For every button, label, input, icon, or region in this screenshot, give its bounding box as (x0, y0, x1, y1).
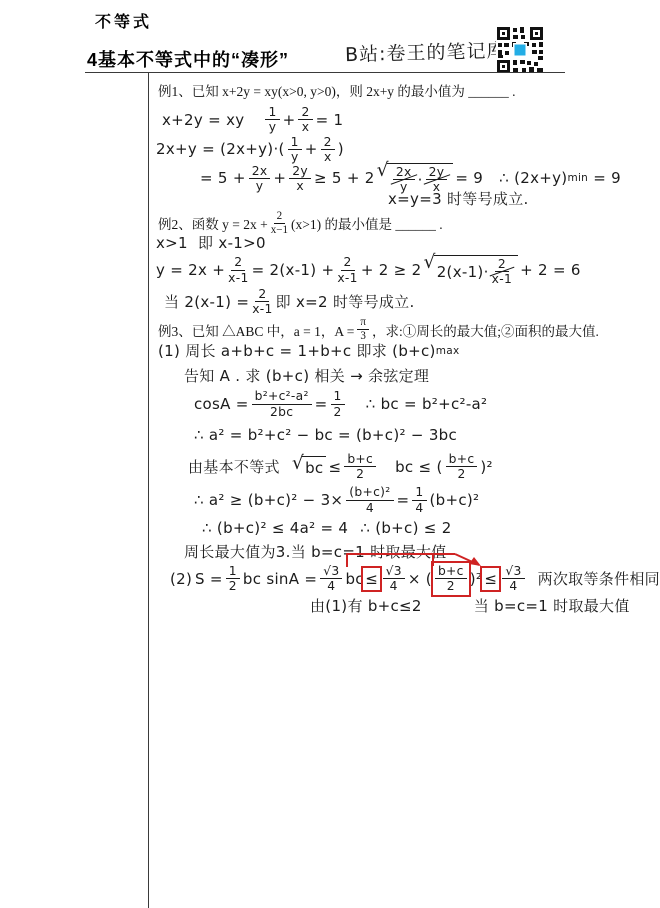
txt-token: = 2(x-1) + (252, 261, 335, 279)
frac-token: 2yx (289, 165, 311, 193)
sub-token: max (436, 345, 460, 357)
example-3-handwritten-line-3: cosA =b²+c²-a²2bc=12∴ bc = b²+c²-a² (194, 390, 660, 418)
example-3-handwritten-line-6: ∴ a² ≥ (b+c)² − 3×(b+c)²4=14(b+c)² (194, 486, 660, 514)
txt-token: = 9 (455, 169, 483, 187)
txt-token: 即 x=2 时等号成立. (276, 291, 415, 312)
frac-token: 2x−1 (271, 211, 288, 236)
frac-token: b²+c²-a²2bc (252, 390, 312, 418)
example-3-handwritten-line-1: (1) 周长 a+b+c = 1+b+c 即求 (b+c)max (158, 340, 660, 361)
txt-token: + 2 = 6 (520, 261, 581, 279)
txt-token: bc (345, 570, 363, 588)
example-1-handwritten-line-2: 2x+y = (2x+y)·(1y+2x) (156, 136, 660, 164)
txt-token: x>1 即 x-1>0 (156, 232, 266, 253)
example-2-handwritten-line-2: y = 2x +2x-1= 2(x-1) +2x-1+ 2 ≥ 2√2(x-1)… (156, 255, 660, 286)
frac-token: √34 (383, 565, 405, 593)
notes-page: 不等式 4基本不等式中的“凑形” B站:卷王的笔记库 (0, 0, 660, 908)
frac-token: 2x-1 (228, 256, 248, 284)
frac-token: 2x-1 (337, 256, 357, 284)
frac-token: 2x-1 (492, 258, 512, 286)
frac-token: (b+c)²4 (346, 486, 393, 514)
frac-token: b+c2 (344, 453, 376, 481)
example-3-handwritten-line-5: 由基本不等式√bc≤b+c2bc ≤ (b+c2)² (188, 453, 660, 481)
frac-token: 2xy (249, 165, 271, 193)
txt-token: + 2 ≥ 2 (361, 261, 422, 279)
frac-token: 2x-1 (252, 288, 272, 316)
txt-token: 两次取等条件相同 (538, 568, 660, 589)
txt-token: ) (338, 140, 344, 158)
frac-token: √34 (502, 565, 524, 593)
txt-token: ∴ a² ≥ (b+c)² − 3× (194, 491, 343, 509)
red-boxed-token: ≤ (484, 570, 497, 588)
frac-token: b+c2 (446, 453, 478, 481)
txt-token: y = 2x + (156, 261, 225, 279)
frac-token: 2x (298, 106, 312, 134)
txt-token: bc sinA = (243, 570, 317, 588)
section-heading: 4基本不等式中的“凑形” (87, 46, 289, 72)
txt-token: + (283, 111, 296, 129)
qr-center-logo (515, 45, 526, 56)
txt-token: 当 b=c=1 时取最大值 (474, 595, 630, 616)
sqrt-token: √bc (292, 456, 327, 477)
txt-token: ∴ (b+c) ≤ 2 (360, 519, 451, 537)
txt-token: + (305, 140, 318, 158)
frac-token: 1y (265, 106, 279, 134)
txt-token: )² (470, 570, 482, 588)
txt-token: ≥ 5 + 2 (314, 169, 375, 187)
frac-token: 2x (321, 136, 335, 164)
txt-token: = (315, 395, 328, 413)
txt-token: 2(x-1)· (437, 263, 489, 281)
txt-token: × ( (408, 570, 432, 588)
document-title: 不等式 (95, 9, 152, 32)
txt-token: · (418, 171, 423, 189)
txt-token: 当 2(x-1) = (164, 291, 249, 312)
txt-token: + (273, 169, 286, 187)
example-1-problem-statement: 例1、已知 x+2y = xy(x>0, y>0)，则 2x+y 的最小值为 _… (158, 80, 660, 100)
txt-token: S = (195, 570, 223, 588)
example-3-handwritten-line-4: ∴ a² = b²+c² − bc = (b+c)² − 3bc (194, 426, 660, 444)
frac-token: π3 (357, 317, 369, 342)
txt-token: = 1 (316, 111, 344, 129)
txt-token: ∴ (2x+y) (499, 169, 567, 187)
txt-token: 告知 A . 求 (b+c) 相关 → 余弦定理 (184, 365, 429, 386)
txt-token: 2x+y = (2x+y)·( (156, 140, 285, 158)
sqrt-token: √2(x-1)·2x-1 (423, 255, 518, 286)
txt-token: 由(1)有 b+c≤2 (310, 595, 422, 616)
frac-token: 1y (288, 136, 302, 164)
txt-token: ≤ (328, 458, 341, 476)
qr-code-icon (496, 26, 544, 74)
sub-token: min (567, 172, 588, 184)
txt-token: )² (480, 458, 492, 476)
txt-token: = 9 (588, 169, 621, 187)
frac-token: 2yx (426, 166, 448, 194)
example-1-handwritten-line-1: x+2y = xy1y+2x= 1 (162, 106, 660, 134)
txt-token: ，求:①周长的最大值;②面积的最大值. (372, 320, 599, 340)
example-3-handwritten-line-8: 周长最大值为3.当 b=c=1 时取最大值 (184, 541, 660, 562)
worksheet-content: 例1、已知 x+2y = xy(x>0, y>0)，则 2x+y 的最小值为 _… (148, 72, 660, 616)
example-3-handwritten-line-9: (2)S =12bc sinA =√34bc≤√34× (b+c2)²≤√34两… (170, 565, 660, 593)
txt-token: (2) (170, 570, 192, 588)
txt-token: (1) 周长 a+b+c = 1+b+c 即求 (b+c) (158, 340, 436, 361)
txt-token: = (397, 491, 410, 509)
example-3-handwritten-line-2: 告知 A . 求 (b+c) 相关 → 余弦定理 (184, 365, 660, 386)
watermark-handwritten: B站:卷王的笔记库 (345, 36, 507, 67)
txt-token: 例3、已知 △ABC 中，a = 1，A = (158, 320, 354, 340)
frac-token: 2xy (393, 166, 415, 194)
frac-token: 12 (331, 390, 345, 418)
example-3-handwritten-line-7: ∴ (b+c)² ≤ 4a² = 4∴ (b+c) ≤ 2 (202, 519, 660, 537)
example-3-handwritten-line-10: 由(1)有 b+c≤2当 b=c=1 时取最大值 (310, 595, 660, 616)
txt-token: 例2、函数 y = 2x + (158, 213, 268, 233)
txt-token: 周长最大值为3.当 b=c=1 时取最大值 (184, 541, 447, 562)
example-2-handwritten-line-1: x>1 即 x-1>0 (156, 232, 660, 253)
red-boxed-token: b+c2 (435, 565, 467, 593)
txt-token: 由基本不等式 (188, 456, 280, 477)
txt-token: 例1、已知 x+2y = xy(x>0, y>0)，则 2x+y 的最小值为 _… (158, 80, 516, 100)
example-2-handwritten-line-3: 当 2(x-1) =2x-1即 x=2 时等号成立. (164, 288, 660, 316)
txt-token: x+2y = xy (162, 111, 244, 129)
frac-token: 12 (226, 565, 240, 593)
txt-token: ∴ bc = b²+c²-a² (366, 395, 488, 413)
txt-token: ∴ a² = b²+c² − bc = (b+c)² − 3bc (194, 426, 457, 444)
txt-token: = 5 + (200, 169, 246, 187)
example-3-problem-statement: 例3、已知 △ABC 中，a = 1，A =π3，求:①周长的最大值;②面积的最… (158, 317, 660, 342)
txt-token: (x>1) 的最小值是 ______ . (291, 213, 443, 233)
frac-token: √34 (320, 565, 342, 593)
frac-token: 14 (412, 486, 426, 514)
txt-token: bc (305, 459, 323, 477)
txt-token: bc ≤ ( (395, 458, 443, 476)
qr-code-graphic (496, 26, 544, 74)
red-boxed-token: ≤ (365, 570, 378, 588)
txt-token: (b+c)² (430, 491, 480, 509)
txt-token: cosA = (194, 395, 249, 413)
txt-token: ∴ (b+c)² ≤ 4a² = 4 (202, 519, 348, 537)
